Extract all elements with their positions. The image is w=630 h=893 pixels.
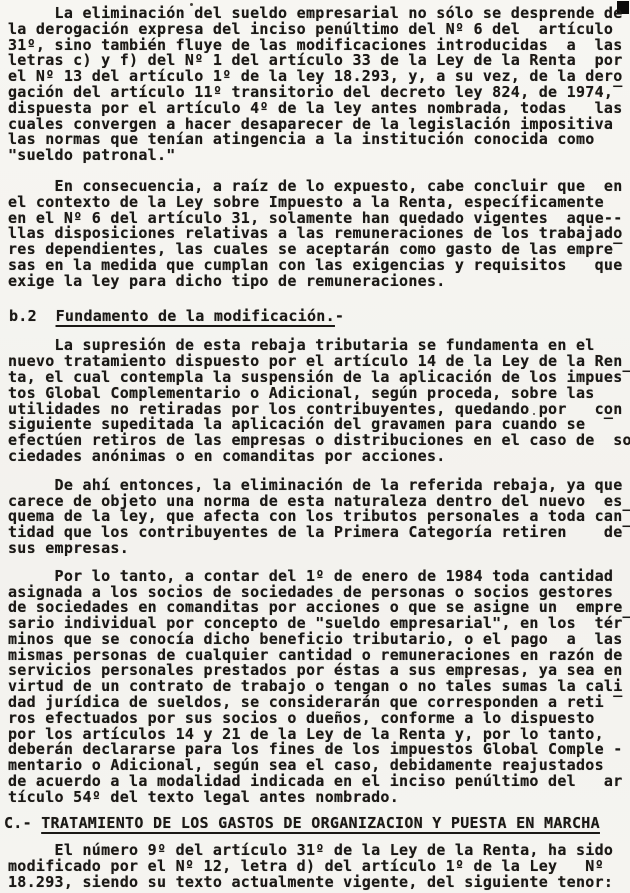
text-line: ciedades anónimas o en comanditas por ac… [8,449,630,465]
document-page: La eliminación del sueldo empresarial no… [0,6,630,891]
text-line: 18.293, siendo su texto actualmente vige… [8,875,630,891]
heading-title: TRATAMIENTO DE LOS GASTOS DE ORGANIZACIO… [41,814,600,832]
document-text: La eliminación del sueldo empresarial no… [0,6,630,891]
para-numero-9-articulo-31: El número 9º del artículo 31º de la Ley … [8,843,630,890]
heading-title: Fundamento de la modificación. [56,307,335,325]
heading-suffix: - [335,307,344,325]
heading-c-tratamiento-gastos: C.- TRATAMIENTO DE LOS GASTOS DE ORGANIZ… [4,816,630,832]
heading-gap [32,814,41,832]
heading-b2-fundamento: b.2 Fundamento de la modificación.- [9,309,630,325]
para-de-ahi-entonces: De ahí entonces, la eliminación de la re… [8,478,630,557]
text-line: exige la ley para dicho tipo de remunera… [8,274,630,290]
para-eliminacion-sueldo-empresarial: La eliminación del sueldo empresarial no… [8,6,630,164]
para-supresion-rebaja: La supresión de esta rebaja tributaria s… [8,338,630,464]
text-line: tículo 54º del texto legal antes nombrad… [8,790,630,806]
heading-prefix: C.- [4,814,32,832]
para-por-lo-tanto-1984: Por lo tanto, a contar del 1º de enero d… [8,569,630,806]
text-line: sus empresas. [8,541,630,557]
text-line: "sueldo patronal." [8,148,630,164]
para-en-consecuencia: En consecuencia, a raíz de lo expuesto, … [8,179,630,290]
heading-gap [37,307,56,325]
heading-prefix: b.2 [9,307,37,325]
